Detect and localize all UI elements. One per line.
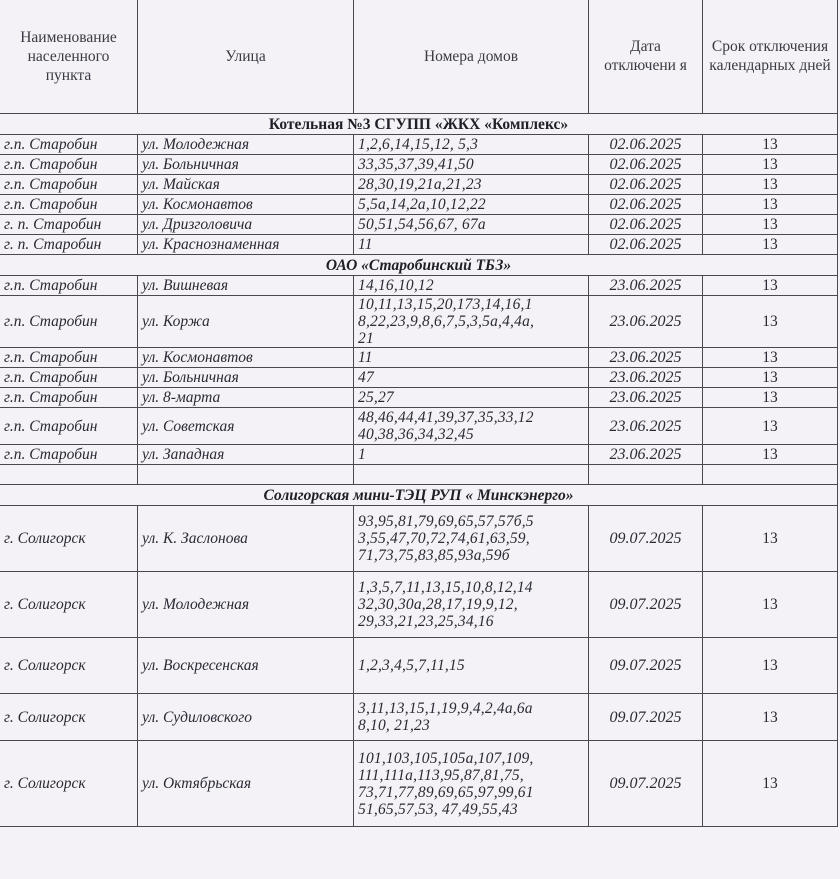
town-cell: г. п. Старобин xyxy=(0,235,138,255)
date-cell: 02.06.2025 xyxy=(589,155,703,175)
houses-cell: 1,3,5,7,11,13,15,10,8,12,1432,30,30а,28,… xyxy=(354,572,589,638)
days-cell: 13 xyxy=(703,638,838,694)
house-numbers-line: 8,10, 21,23 xyxy=(358,717,584,734)
houses-cell: 47 xyxy=(354,368,589,388)
date-cell: 02.06.2025 xyxy=(589,195,703,215)
date-cell: 23.06.2025 xyxy=(589,408,703,445)
house-numbers-line: 1,3,5,7,11,13,15,10,8,12,14 xyxy=(358,579,584,596)
days-cell: 13 xyxy=(703,388,838,408)
house-numbers-line: 5,5а,14,2а,10,12,22 xyxy=(358,196,584,213)
days-cell: 13 xyxy=(703,296,838,348)
town-cell: г. Солигорск xyxy=(0,741,138,827)
houses-cell: 1,2,3,4,5,7,11,15 xyxy=(354,638,589,694)
days-cell: 13 xyxy=(703,572,838,638)
street-cell: ул. Советская xyxy=(138,408,354,445)
header-houses: Номера домов xyxy=(354,0,589,114)
houses-cell: 1 xyxy=(354,445,589,465)
table-row: г. Солигорскул. Октябрьская101,103,105,1… xyxy=(0,741,838,827)
house-numbers-line: 10,11,13,15,20,173,14,16,1 xyxy=(358,296,584,313)
days-cell: 13 xyxy=(703,506,838,572)
date-cell: 09.07.2025 xyxy=(589,741,703,827)
houses-cell: 50,51,54,56,67, 67а xyxy=(354,215,589,235)
house-numbers-line: 40,38,36,34,32,45 xyxy=(358,426,584,443)
days-cell: 13 xyxy=(703,155,838,175)
section-header-row: Котельная №3 СГУПП «ЖКХ «Комплекс» xyxy=(0,114,838,135)
street-cell: ул. Космонавтов xyxy=(138,195,354,215)
shutdown-schedule-table: Наименование населенного пункта Улица Но… xyxy=(0,0,838,827)
town-cell: г. Солигорск xyxy=(0,638,138,694)
header-town: Наименование населенного пункта xyxy=(0,0,138,114)
street-cell: ул. Больничная xyxy=(138,155,354,175)
table-row: г. Солигорскул. Судиловского3,11,13,15,1… xyxy=(0,694,838,741)
house-numbers-line: 21 xyxy=(358,330,584,347)
street-cell: ул. Молодежная xyxy=(138,572,354,638)
town-cell: г.п. Старобин xyxy=(0,135,138,155)
days-cell: 13 xyxy=(703,135,838,155)
house-numbers-line: 3,55,47,70,72,74,61,63,59, xyxy=(358,530,584,547)
section-title: Котельная №3 СГУПП «ЖКХ «Комплекс» xyxy=(0,114,838,135)
date-cell xyxy=(589,465,703,485)
house-numbers-line: 1 xyxy=(358,446,584,463)
days-cell: 13 xyxy=(703,741,838,827)
date-cell: 23.06.2025 xyxy=(589,296,703,348)
houses-cell: 33,35,37,39,41,50 xyxy=(354,155,589,175)
days-cell: 13 xyxy=(703,408,838,445)
houses-cell xyxy=(354,465,589,485)
town-cell: г.п. Старобин xyxy=(0,368,138,388)
table-row: г.п. Старобинул. Западная123.06.202513 xyxy=(0,445,838,465)
houses-cell: 3,11,13,15,1,19,9,4,2,4а,6а8,10, 21,23 xyxy=(354,694,589,741)
town-cell xyxy=(0,465,138,485)
town-cell: г.п. Старобин xyxy=(0,155,138,175)
house-numbers-line: 93,95,81,79,69,65,57,57б,5 xyxy=(358,513,584,530)
date-cell: 02.06.2025 xyxy=(589,235,703,255)
table-row: г.п. Старобинул. Майская28,30,19,21а,21,… xyxy=(0,175,838,195)
days-cell: 13 xyxy=(703,235,838,255)
house-numbers-line: 28,30,19,21а,21,23 xyxy=(358,176,584,193)
house-numbers-line: 33,35,37,39,41,50 xyxy=(358,156,584,173)
house-numbers-line: 32,30,30а,28,17,19,9,12, xyxy=(358,596,584,613)
house-numbers-line: 51,65,57,53, 47,49,55,43 xyxy=(358,801,584,818)
houses-cell: 28,30,19,21а,21,23 xyxy=(354,175,589,195)
street-cell: ул. Краснознаменная xyxy=(138,235,354,255)
house-numbers-line: 25,27 xyxy=(358,389,584,406)
table-row: г.п. Старобинул. Молодежная1,2,6,14,15,1… xyxy=(0,135,838,155)
street-cell: ул. К. Заслонова xyxy=(138,506,354,572)
date-cell: 23.06.2025 xyxy=(589,368,703,388)
street-cell: ул. 8-марта xyxy=(138,388,354,408)
section-title: Солигорская мини-ТЭЦ РУП « Минскэнерго» xyxy=(0,485,838,506)
street-cell: ул. Вишневая xyxy=(138,276,354,296)
date-cell: 09.07.2025 xyxy=(589,572,703,638)
street-cell: ул. Космонавтов xyxy=(138,348,354,368)
house-numbers-line: 50,51,54,56,67, 67а xyxy=(358,216,584,233)
days-cell xyxy=(703,465,838,485)
town-cell: г.п. Старобин xyxy=(0,348,138,368)
street-cell: ул. Молодежная xyxy=(138,135,354,155)
houses-cell: 25,27 xyxy=(354,388,589,408)
town-cell: г. Солигорск xyxy=(0,694,138,741)
days-cell: 13 xyxy=(703,694,838,741)
date-cell: 09.07.2025 xyxy=(589,694,703,741)
town-cell: г.п. Старобин xyxy=(0,388,138,408)
street-cell xyxy=(138,465,354,485)
town-cell: г.п. Старобин xyxy=(0,175,138,195)
days-cell: 13 xyxy=(703,368,838,388)
table-row: г. Солигорскул. К. Заслонова93,95,81,79,… xyxy=(0,506,838,572)
table-row: г.п. Старобинул. Космонавтов5,5а,14,2а,1… xyxy=(0,195,838,215)
houses-cell: 11 xyxy=(354,348,589,368)
date-cell: 23.06.2025 xyxy=(589,445,703,465)
house-numbers-line: 29,33,21,23,25,34,16 xyxy=(358,613,584,630)
house-numbers-line: 73,71,77,89,69,65,97,99,61 xyxy=(358,784,584,801)
date-cell: 23.06.2025 xyxy=(589,348,703,368)
town-cell: г. п. Старобин xyxy=(0,215,138,235)
house-numbers-line: 14,16,10,12 xyxy=(358,277,584,294)
table-row: г.п. Старобинул. Коржа10,11,13,15,20,173… xyxy=(0,296,838,348)
houses-cell: 14,16,10,12 xyxy=(354,276,589,296)
table-row: г.п. Старобинул. Космонавтов1123.06.2025… xyxy=(0,348,838,368)
house-numbers-line: 1,2,6,14,15,12, 5,3 xyxy=(358,136,584,153)
section-header-row: ОАО «Старобинский ТБЗ» xyxy=(0,255,838,276)
days-cell: 13 xyxy=(703,348,838,368)
houses-cell: 48,46,44,41,39,37,35,33,1240,38,36,34,32… xyxy=(354,408,589,445)
street-cell: ул. Воскресенская xyxy=(138,638,354,694)
days-cell: 13 xyxy=(703,445,838,465)
table-row xyxy=(0,465,838,485)
date-cell: 23.06.2025 xyxy=(589,276,703,296)
house-numbers-line: 11 xyxy=(358,236,584,253)
date-cell: 09.07.2025 xyxy=(589,506,703,572)
house-numbers-line: 48,46,44,41,39,37,35,33,12 xyxy=(358,409,584,426)
town-cell: г.п. Старобин xyxy=(0,276,138,296)
town-cell: г. Солигорск xyxy=(0,572,138,638)
street-cell: ул. Судиловского xyxy=(138,694,354,741)
days-cell: 13 xyxy=(703,276,838,296)
house-numbers-line: 101,103,105,105а,107,109, xyxy=(358,750,584,767)
table-row: г. п. Старобинул. Краснознаменная1102.06… xyxy=(0,235,838,255)
town-cell: г.п. Старобин xyxy=(0,195,138,215)
table-row: г. Солигорскул. Молодежная1,3,5,7,11,13,… xyxy=(0,572,838,638)
house-numbers-line: 3,11,13,15,1,19,9,4,2,4а,6а xyxy=(358,700,584,717)
table-row: г.п. Старобинул. Больничная4723.06.20251… xyxy=(0,368,838,388)
header-street: Улица xyxy=(138,0,354,114)
town-cell: г. Солигорск xyxy=(0,506,138,572)
town-cell: г.п. Старобин xyxy=(0,408,138,445)
street-cell: ул. Майская xyxy=(138,175,354,195)
houses-cell: 101,103,105,105а,107,109,111,111а,113,95… xyxy=(354,741,589,827)
houses-cell: 5,5а,14,2а,10,12,22 xyxy=(354,195,589,215)
date-cell: 02.06.2025 xyxy=(589,175,703,195)
section-title: ОАО «Старобинский ТБЗ» xyxy=(0,255,838,276)
houses-cell: 11 xyxy=(354,235,589,255)
street-cell: ул. Западная xyxy=(138,445,354,465)
houses-cell: 10,11,13,15,20,173,14,16,18,22,23,9,8,6,… xyxy=(354,296,589,348)
street-cell: ул. Больничная xyxy=(138,368,354,388)
days-cell: 13 xyxy=(703,195,838,215)
houses-cell: 93,95,81,79,69,65,57,57б,53,55,47,70,72,… xyxy=(354,506,589,572)
section-header-row: Солигорская мини-ТЭЦ РУП « Минскэнерго» xyxy=(0,485,838,506)
street-cell: ул. Октябрьская xyxy=(138,741,354,827)
header-days: Срок отключения календарных дней xyxy=(703,0,838,114)
town-cell: г.п. Старобин xyxy=(0,296,138,348)
days-cell: 13 xyxy=(703,215,838,235)
date-cell: 02.06.2025 xyxy=(589,135,703,155)
table-row: г. п. Старобинул. Дризголовича50,51,54,5… xyxy=(0,215,838,235)
date-cell: 09.07.2025 xyxy=(589,638,703,694)
house-numbers-line: 111,111а,113,95,87,81,75, xyxy=(358,767,584,784)
house-numbers-line: 71,73,75,83,85,93а,59б xyxy=(358,547,584,564)
house-numbers-line: 47 xyxy=(358,369,584,386)
date-cell: 02.06.2025 xyxy=(589,215,703,235)
town-cell: г.п. Старобин xyxy=(0,445,138,465)
days-cell: 13 xyxy=(703,175,838,195)
table-row: г.п. Старобинул. Больничная33,35,37,39,4… xyxy=(0,155,838,175)
header-date: Дата отключени я xyxy=(589,0,703,114)
table-row: г. Солигорскул. Воскресенская1,2,3,4,5,7… xyxy=(0,638,838,694)
house-numbers-line: 11 xyxy=(358,349,584,366)
street-cell: ул. Коржа xyxy=(138,296,354,348)
table-body: Котельная №3 СГУПП «ЖКХ «Комплекс»г.п. С… xyxy=(0,114,838,827)
house-numbers-line: 8,22,23,9,8,6,7,5,3,5а,4,4а, xyxy=(358,313,584,330)
table-row: г.п. Старобинул. 8-марта25,2723.06.20251… xyxy=(0,388,838,408)
table-row: г.п. Старобинул. Вишневая14,16,10,1223.0… xyxy=(0,276,838,296)
table-row: г.п. Старобинул. Советская48,46,44,41,39… xyxy=(0,408,838,445)
table-header-row: Наименование населенного пункта Улица Но… xyxy=(0,0,838,114)
street-cell: ул. Дризголовича xyxy=(138,215,354,235)
house-numbers-line: 1,2,3,4,5,7,11,15 xyxy=(358,657,584,674)
houses-cell: 1,2,6,14,15,12, 5,3 xyxy=(354,135,589,155)
date-cell: 23.06.2025 xyxy=(589,388,703,408)
